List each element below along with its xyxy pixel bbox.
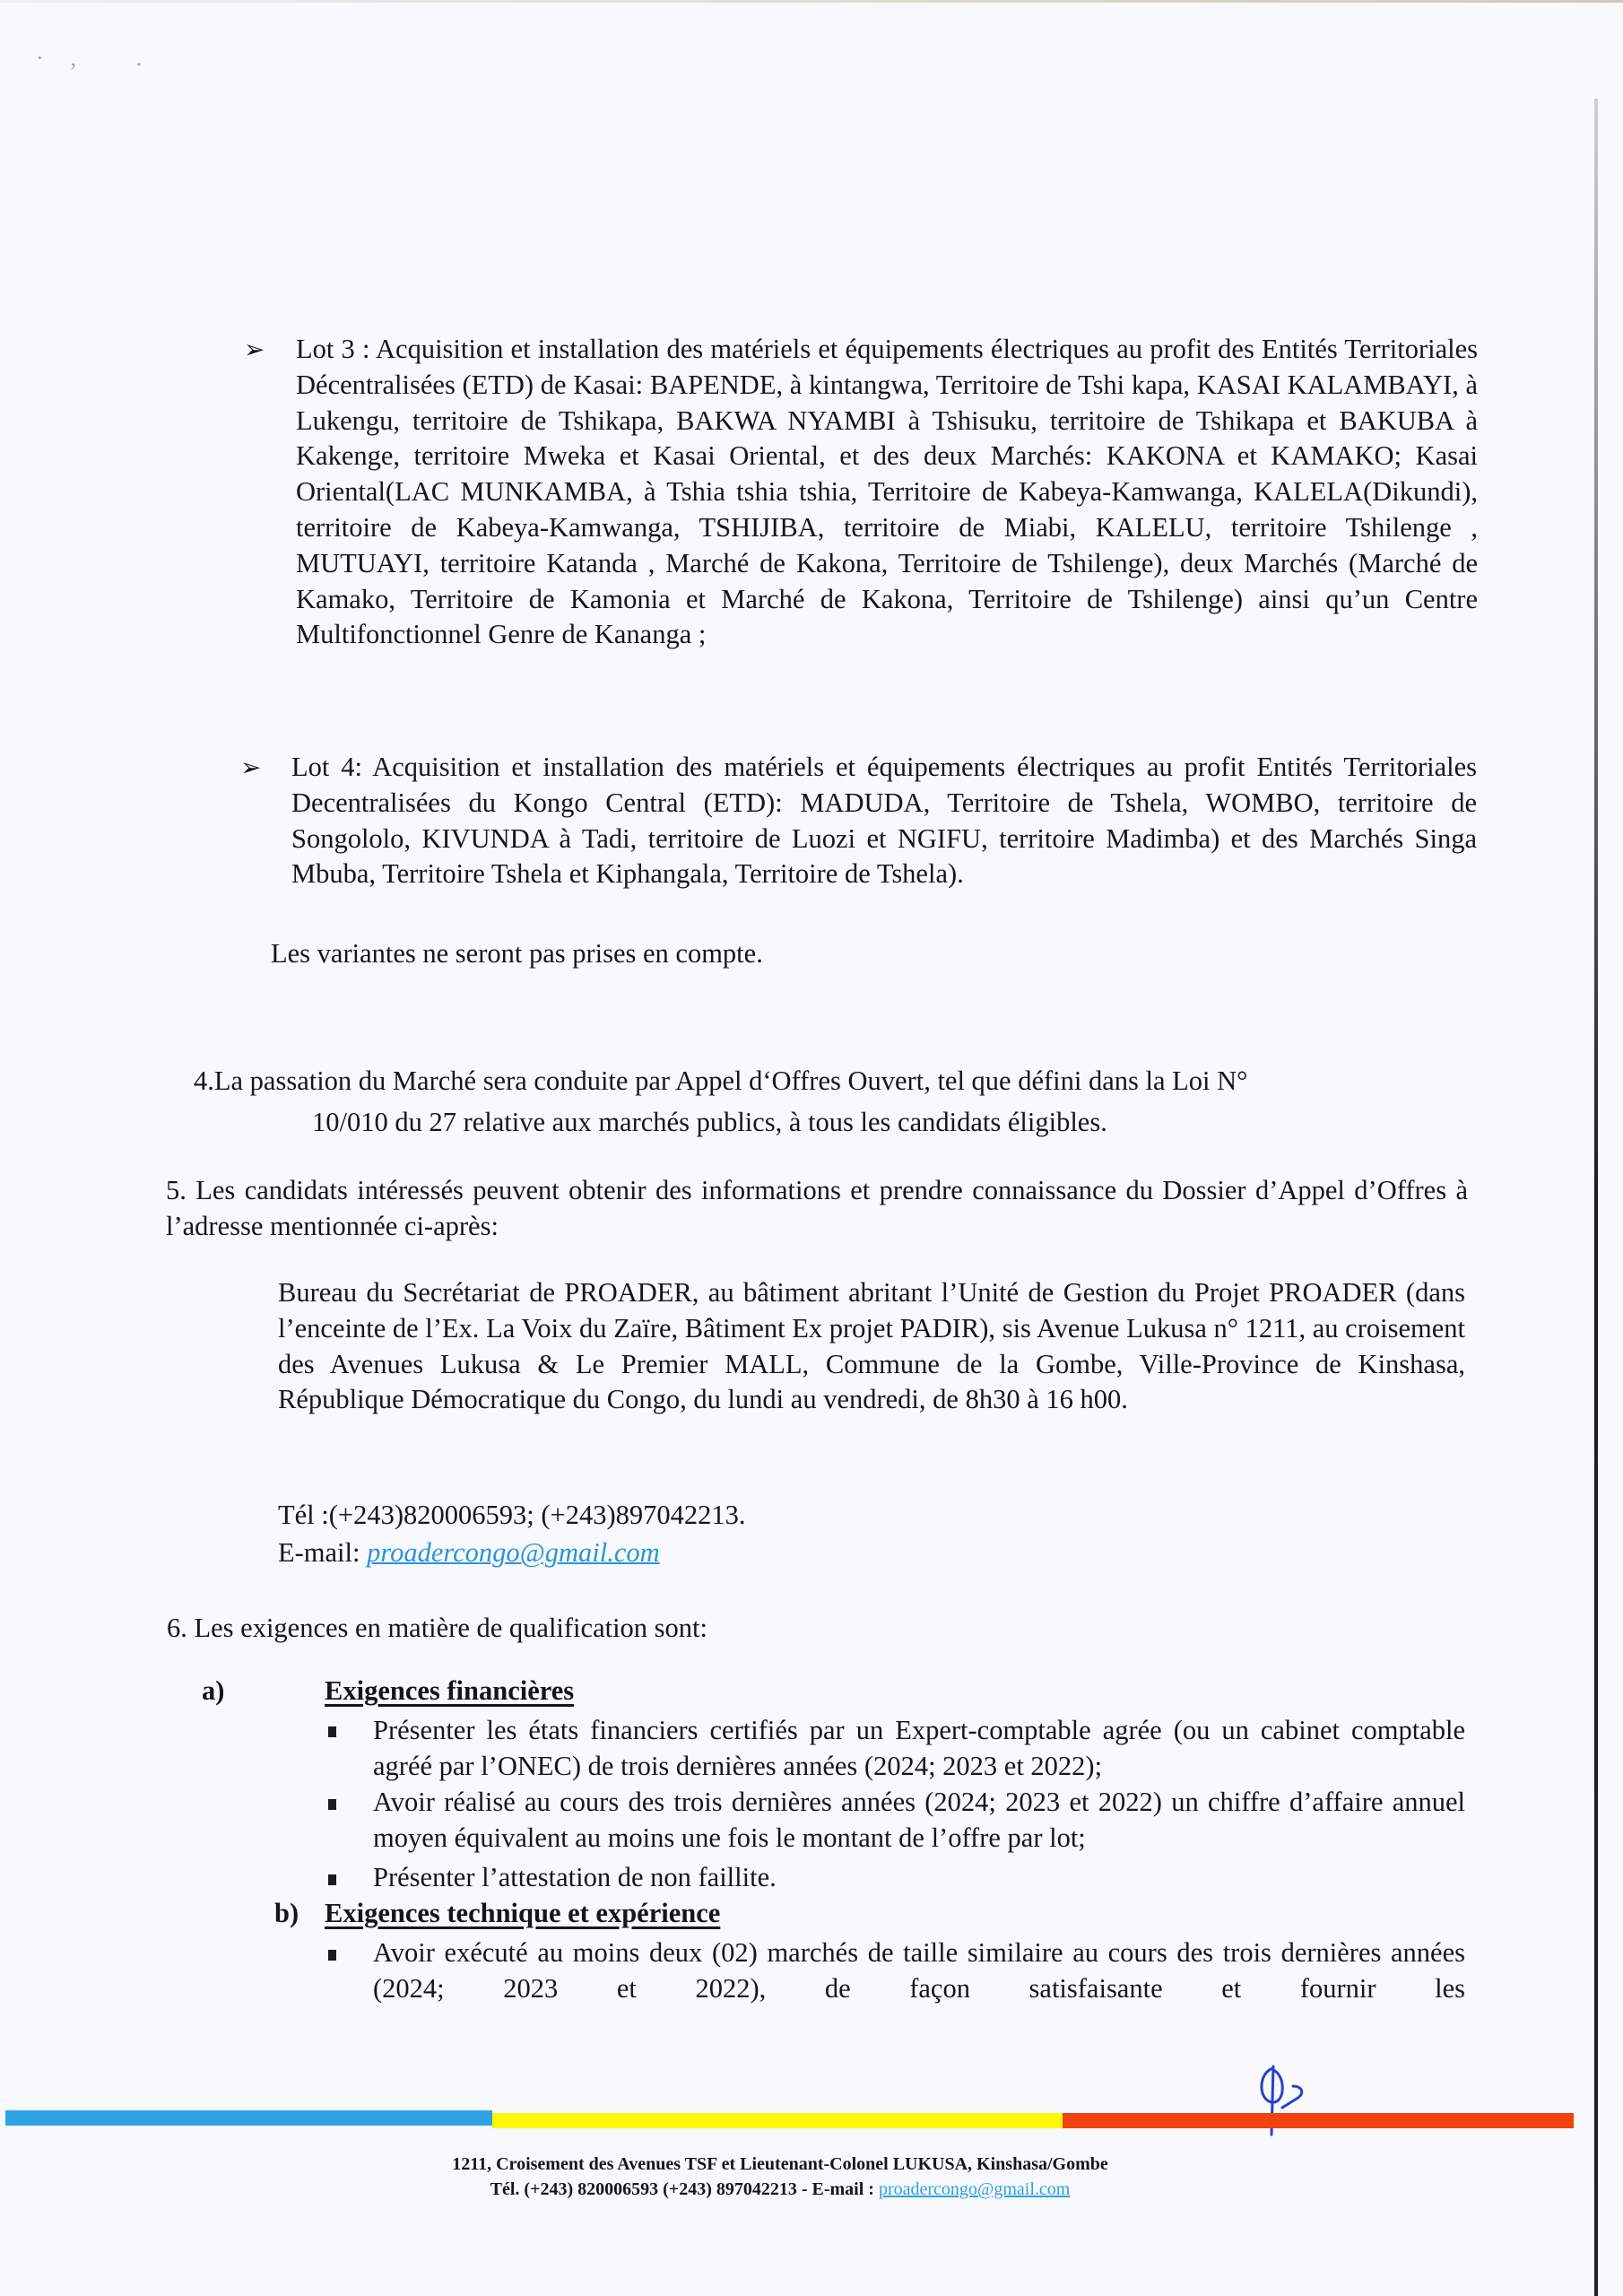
financial-requirement-3: Présenter l’attestation de non faillite. xyxy=(373,1860,777,1896)
section-4-line-1: 4.La passation du Marché sera conduite p… xyxy=(194,1064,1247,1100)
section-5-intro: 5. Les candidats intéressés peuvent obte… xyxy=(166,1173,1468,1245)
email-label: E-mail: xyxy=(278,1537,367,1568)
proader-email-line: E-mail: proadercongo@gmail.com xyxy=(278,1535,660,1571)
arrow-bullet-icon: ➢ xyxy=(244,332,265,368)
proader-address: Bureau du Secrétariat de PROADER, au bât… xyxy=(278,1275,1465,1418)
footer-stripe-red xyxy=(1063,2113,1574,2128)
footer-contact: Tél. (+243) 820006593 (+243) 897042213 -… xyxy=(0,2178,1623,2202)
subsection-a-marker: a) xyxy=(202,1674,224,1709)
scan-artifact-marks: ·, . xyxy=(36,45,169,72)
section-6-intro: 6. Les exigences en matière de qualifica… xyxy=(167,1611,707,1647)
variantes-note: Les variantes ne seront pas prises en co… xyxy=(271,936,763,972)
technical-requirement-1: Avoir exécuté au moins deux (02) marchés… xyxy=(373,1935,1465,2007)
footer-address: 1211, Croisement des Avenues TSF et Lieu… xyxy=(0,2152,1623,2177)
footer-stripe-blue xyxy=(5,2110,492,2126)
proader-phone: Tél :(+243)820006593; (+243)897042213. xyxy=(278,1498,746,1534)
square-bullet-icon xyxy=(328,1726,336,1737)
footer-phone: Tél. (+243) 820006593 (+243) 897042213 -… xyxy=(490,2179,879,2199)
financial-requirement-2: Avoir réalisé au cours des trois dernièr… xyxy=(373,1785,1465,1857)
subsection-b-marker: b) xyxy=(274,1896,299,1932)
lot-4-paragraph: Lot 4: Acquisition et installation des m… xyxy=(291,750,1477,892)
footer-email-link[interactable]: proadercongo@gmail.com xyxy=(879,2179,1070,2199)
subsection-a-title: Exigences financières xyxy=(325,1674,574,1709)
square-bullet-icon xyxy=(328,1950,336,1961)
email-link[interactable]: proadercongo@gmail.com xyxy=(367,1537,660,1568)
section-4-line-2: 10/010 du 27 relative aux marchés public… xyxy=(312,1105,1107,1141)
arrow-bullet-icon: ➢ xyxy=(240,750,261,786)
square-bullet-icon xyxy=(328,1874,336,1885)
lot-3-paragraph: Lot 3 : Acquisition et installation des … xyxy=(296,332,1478,653)
scan-page-edge xyxy=(1594,99,1598,2296)
scan-top-edge xyxy=(0,0,1623,3)
handwritten-initials-icon xyxy=(1246,2063,1327,2144)
footer-stripe-yellow xyxy=(492,2113,1063,2128)
square-bullet-icon xyxy=(328,1799,336,1810)
subsection-b-title: Exigences technique et expérience xyxy=(325,1896,720,1932)
financial-requirement-1: Présenter les états financiers certifiés… xyxy=(373,1713,1465,1785)
